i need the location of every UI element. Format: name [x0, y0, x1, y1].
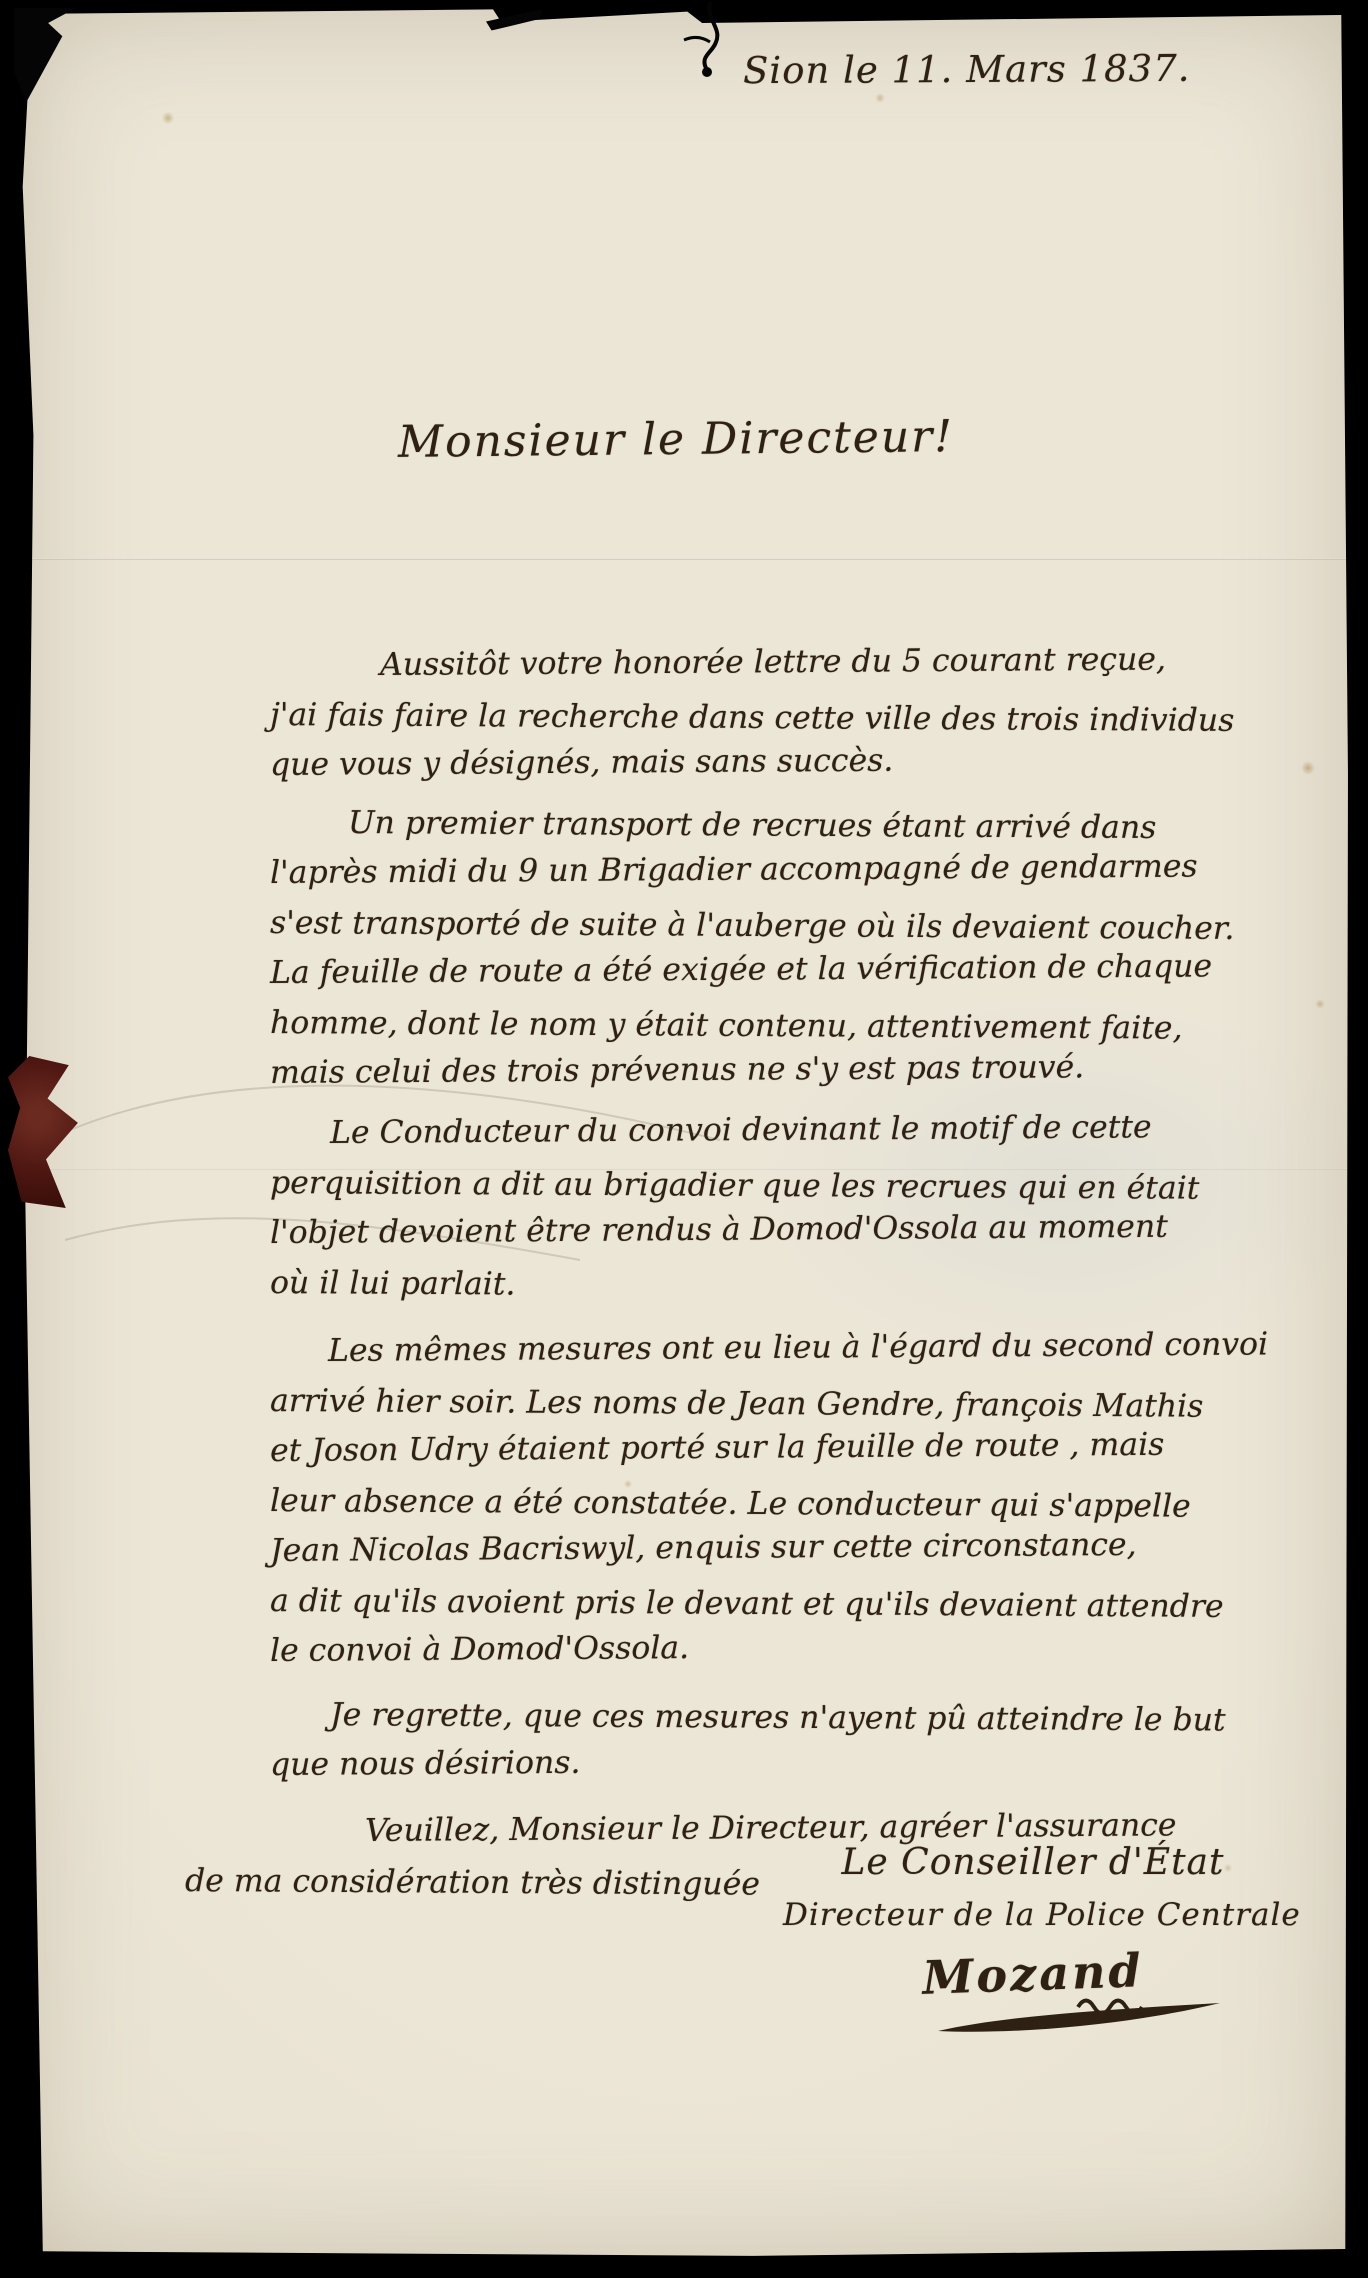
- letter-line: l'après midi du 9 un Brigadier accompagn…: [270, 840, 1350, 898]
- letter-line: Jean Nicolas Bacriswyl, enquis sur cette…: [270, 1518, 1350, 1576]
- paragraph: Je regrette, que ces mesures n'ayent pû …: [270, 1690, 1350, 1790]
- paragraph: Le Conducteur du convoi devinant le moti…: [270, 1108, 1350, 1308]
- letter-line: mais celui des trois prévenus ne s'y est…: [270, 1040, 1350, 1098]
- salutation: Monsieur le Directeur!: [398, 411, 954, 468]
- paragraph: Aussitôt votre honorée lettre du 5 coura…: [270, 640, 1350, 790]
- letter-line: La feuille de route a été exigée et la v…: [270, 940, 1350, 998]
- scan-backdrop: { "letter": { "dateline": "Sion le 11. M…: [0, 0, 1368, 2278]
- signature-title-line: Le Conseiller d'État: [783, 1842, 1283, 1883]
- letter-line: et Joson Udry étaient porté sur la feuil…: [270, 1418, 1350, 1476]
- letter-line: le convoi à Domod'Ossola.: [270, 1618, 1350, 1676]
- letter-line: que nous désirions.: [270, 1732, 1350, 1790]
- fold-crease: [32, 558, 1368, 560]
- letter-line: Le Conducteur du convoi devinant le moti…: [330, 1101, 1350, 1158]
- paragraph: Un premier transport de recrues étant ar…: [270, 798, 1350, 1098]
- paragraph: Les mêmes mesures ont eu lieu à l'égard …: [270, 1326, 1350, 1676]
- letter-line: Les mêmes mesures ont eu lieu à l'égard …: [328, 1319, 1350, 1376]
- letter-line: où il lui parlait.: [270, 1258, 1350, 1315]
- signature-block: Le Conseiller d'État Directeur de la Pol…: [783, 1842, 1283, 2045]
- dateline: Sion le 11. Mars 1837.: [742, 47, 1190, 92]
- letter-body: Aussitôt votre honorée lettre du 5 coura…: [270, 640, 1350, 1906]
- letter-line: que vous y désignés, mais sans succès.: [270, 732, 1350, 790]
- letter-line: Aussitôt votre honorée lettre du 5 coura…: [380, 633, 1350, 690]
- letter-line: l'objet devoient être rendus à Domod'Oss…: [270, 1200, 1350, 1258]
- signature-title-line: Directeur de la Police Centrale: [783, 1897, 1283, 1933]
